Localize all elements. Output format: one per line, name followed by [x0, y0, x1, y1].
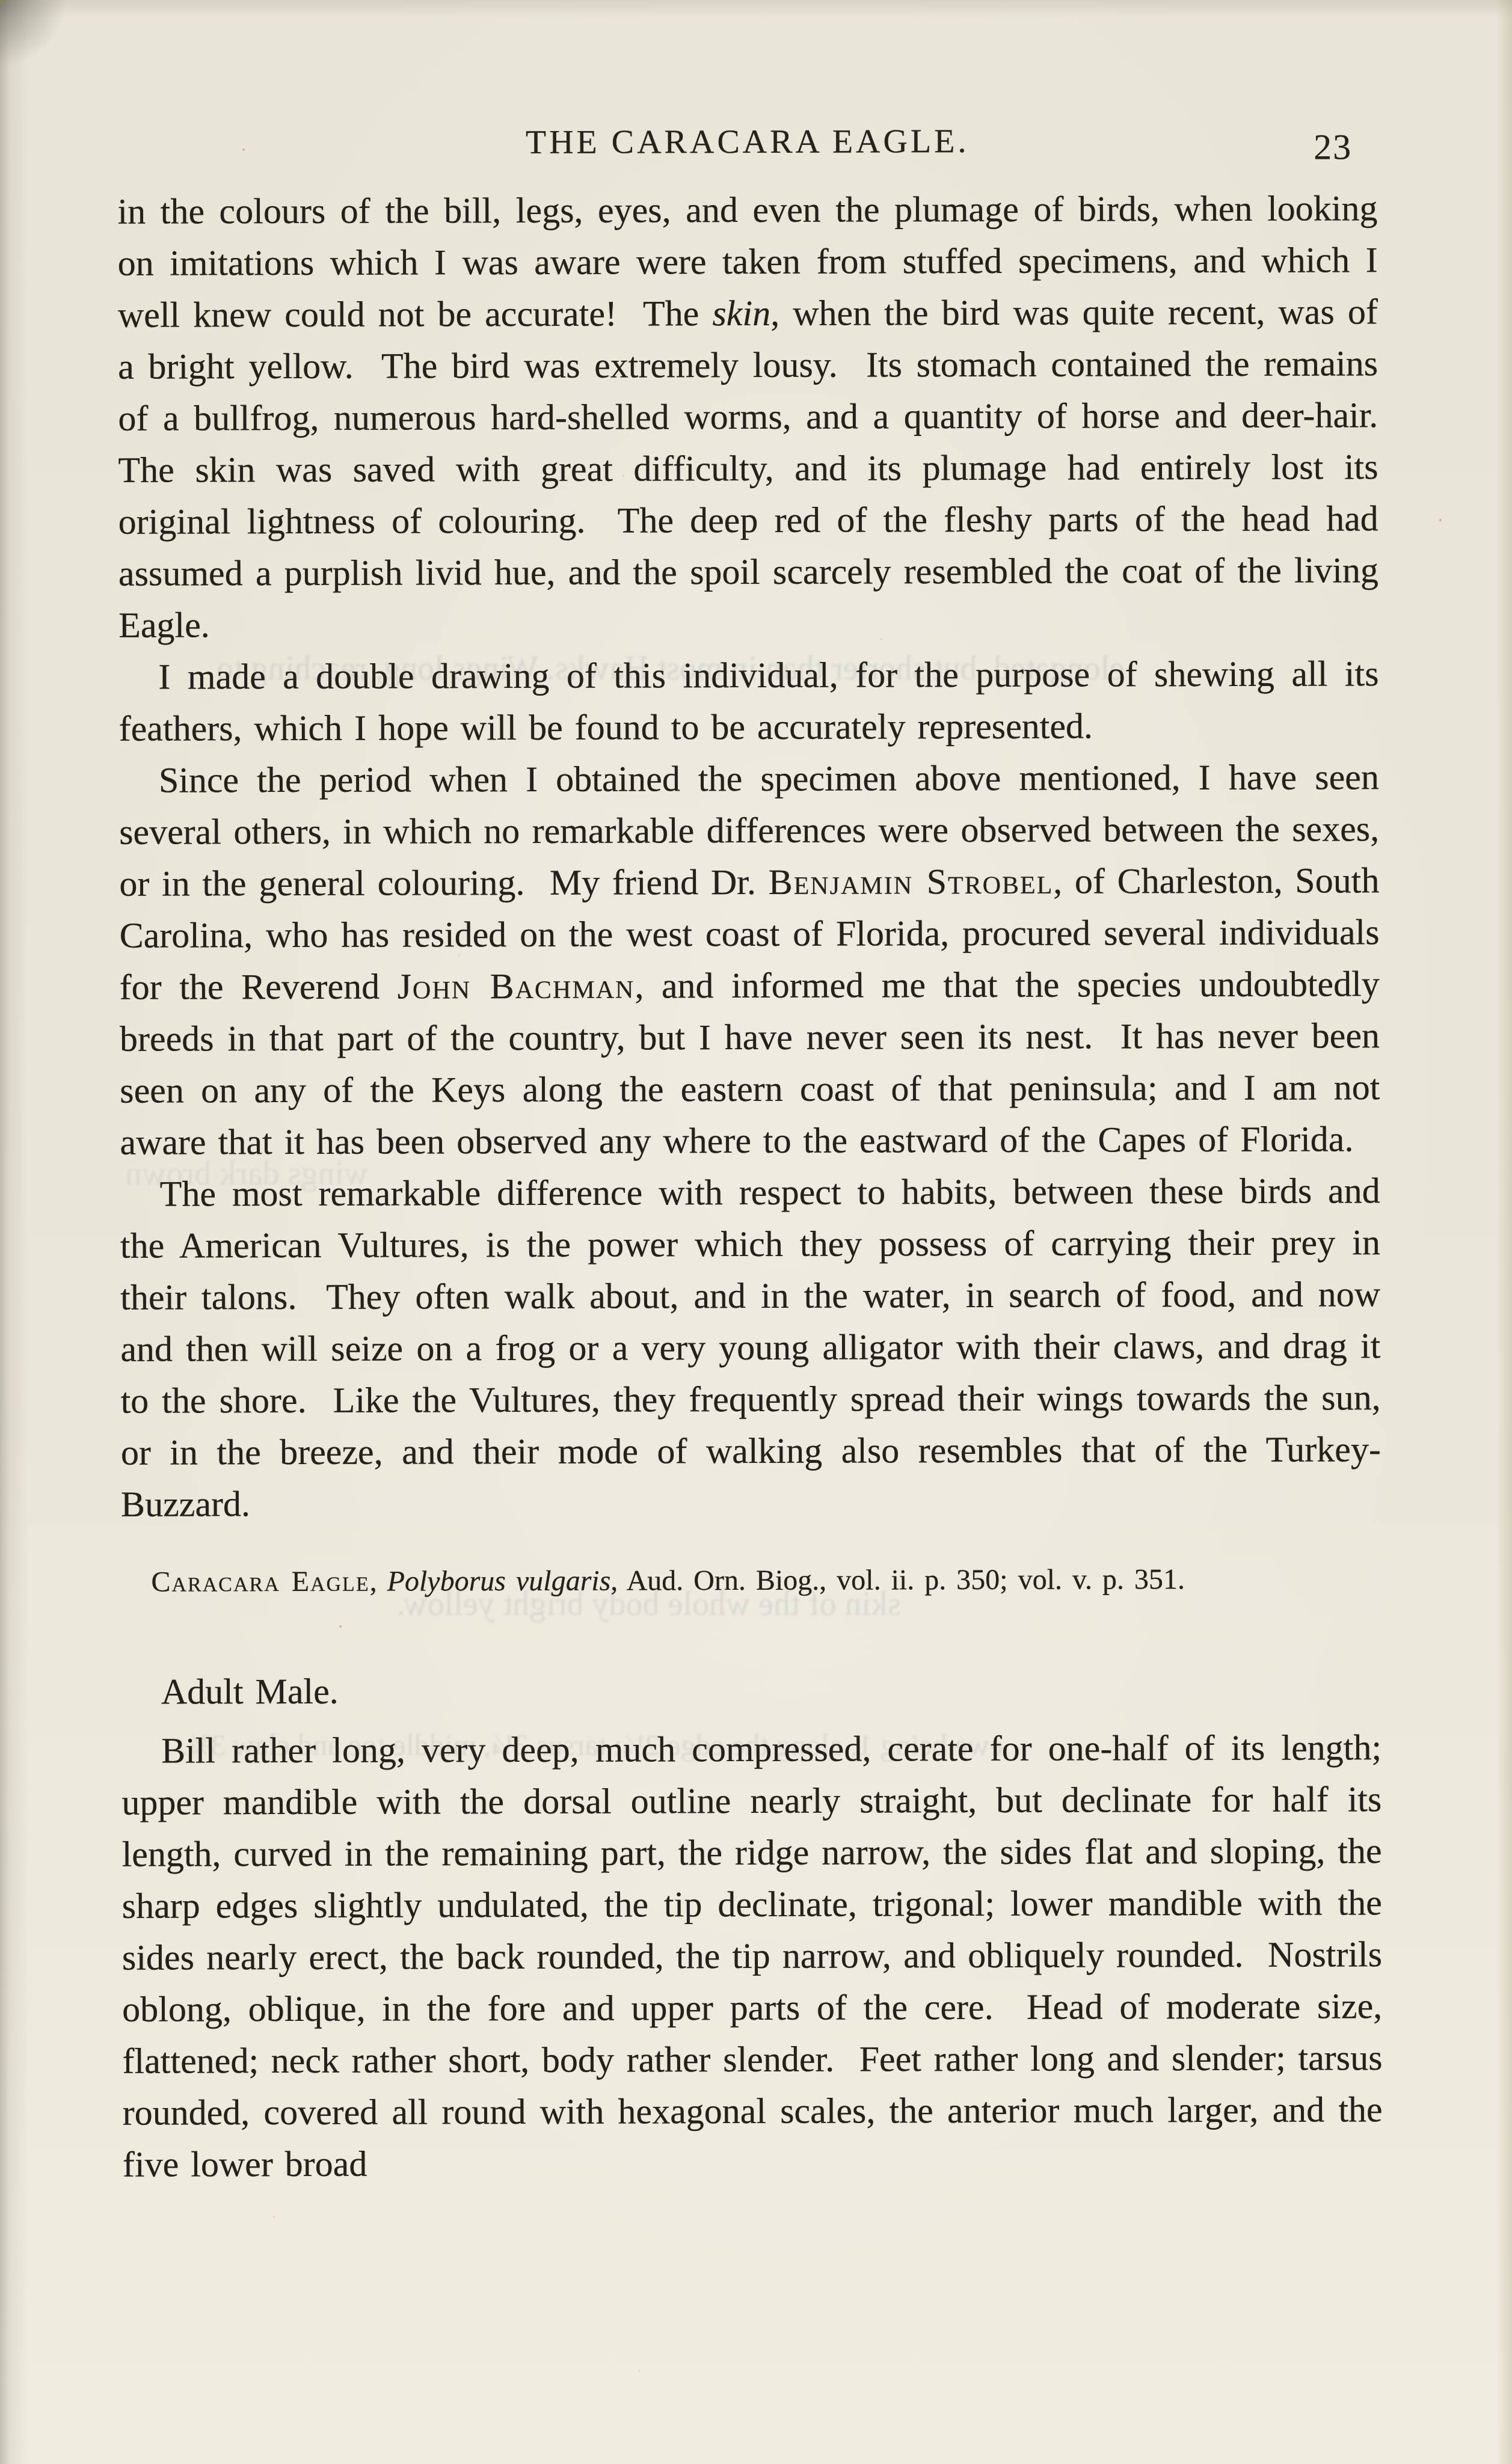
paragraph: Bill rather long, very deep, much compre…	[121, 1721, 1383, 2190]
section-heading: Adult Male.	[121, 1663, 1381, 1717]
person-name-smallcaps: Benjamin Strobel	[768, 862, 1053, 902]
binomial-italic: Polyborus vulgaris	[387, 1565, 611, 1598]
page-title: THE CARACARA EAGLE.	[117, 111, 1377, 172]
text-run: Adult Male.	[161, 1672, 339, 1712]
running-header: THE CARACARA EAGLE. 23	[117, 111, 1377, 172]
text-run: ,	[370, 1566, 387, 1598]
synonymy-citation: Caracara Eagle, Polyborus vulgaris, Aud.…	[121, 1560, 1381, 1601]
species-name-smallcaps: Caracara Eagle	[151, 1566, 369, 1598]
text-run: The most remarkable difference with resp…	[120, 1171, 1393, 1524]
text-run: , when the bird was quite recent, was of…	[118, 292, 1402, 645]
paragraph: Since the period when I obtained the spe…	[119, 751, 1380, 1168]
text-column: THE CARACARA EAGLE. 23 in the colours of…	[117, 111, 1383, 2190]
page-number: 23	[1314, 120, 1352, 174]
paper-specks	[0, 0, 4, 4]
person-name-smallcaps: John Bachman	[398, 966, 635, 1006]
page-body-text: in the colours of the bill, legs, eyes, …	[117, 182, 1383, 2190]
text-run: I made a double drawing of this individu…	[119, 654, 1391, 749]
text-run: Bill rather long, very deep, much compre…	[121, 1727, 1395, 2184]
paragraph-continuation: in the colours of the bill, legs, eyes, …	[117, 182, 1378, 651]
citation-reference: , Aud. Orn. Biog., vol. ii. p. 350; vol.…	[610, 1563, 1185, 1596]
paragraph: I made a double drawing of this individu…	[118, 648, 1378, 754]
paragraph: The most remarkable difference with resp…	[120, 1165, 1381, 1530]
book-page-scan: elongated, but shorter than in most Hawk…	[0, 0, 1512, 2464]
italic-word: skin	[712, 293, 770, 333]
